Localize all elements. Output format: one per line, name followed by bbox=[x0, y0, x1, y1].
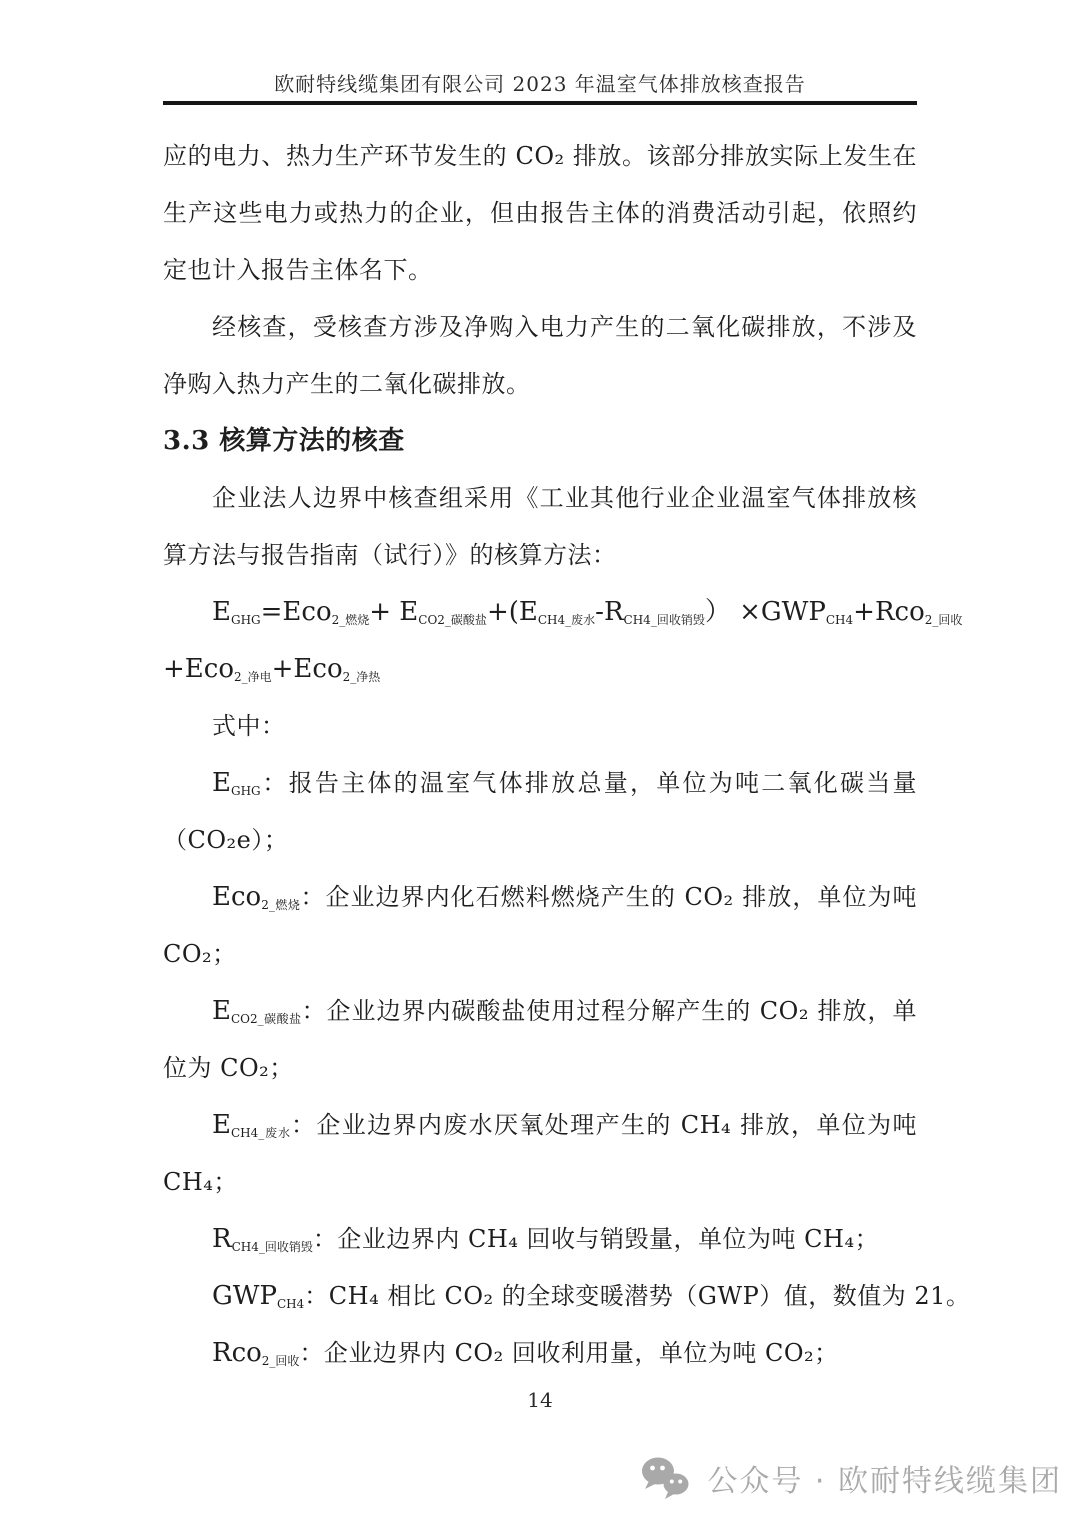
formula-run: =Eco bbox=[261, 597, 332, 627]
symbol-term: E bbox=[212, 1110, 231, 1140]
symbol-subscript: CH4 bbox=[277, 1297, 304, 1311]
symbol-term: GWP bbox=[212, 1281, 277, 1311]
formula-run: + E bbox=[369, 597, 418, 627]
definition-line: CH₄； bbox=[163, 1154, 917, 1211]
definition-text: ：CH₄ 相比 CO₂ 的全球变暖潜势（GWP）值，数值为 21。 bbox=[304, 1282, 970, 1310]
definition-line: CO₂； bbox=[163, 926, 917, 983]
symbol-term: Eco bbox=[212, 882, 261, 912]
formula-line-1: EGHG=Eco2_燃烧+ ECO2_碳酸盐+(ECH4_废水-RCH4_回收销… bbox=[163, 584, 917, 641]
body-line: 生产这些电力或热力的企业，但由报告主体的消费活动引起，依照约 bbox=[163, 185, 917, 242]
formula-run: +(E bbox=[487, 597, 538, 627]
formula-line-2: +Eco2_净电+Eco2_净热 bbox=[163, 641, 917, 698]
page-number: 14 bbox=[0, 1388, 1080, 1412]
definition-text: ：报告主体的温室气体排放总量，单位为吨二氧化碳当量 bbox=[261, 769, 917, 797]
definition-line: GWPCH4：CH₄ 相比 CO₂ 的全球变暖潜势（GWP）值，数值为 21。 bbox=[163, 1268, 917, 1325]
definition-text: ：企业边界内化石燃料燃烧产生的 CO₂ 排放，单位为吨 bbox=[300, 883, 917, 911]
page-header-title: 欧耐特线缆集团有限公司 2023 年温室气体排放核查报告 bbox=[0, 68, 1080, 97]
definition-text: ：企业边界内 CH₄ 回收与销毁量，单位为吨 CH₄； bbox=[313, 1225, 879, 1253]
body-line: 应的电力、热力生产环节发生的 CO₂ 排放。该部分排放实际上发生在 bbox=[163, 128, 917, 185]
formula-run: -R bbox=[595, 597, 623, 627]
formula-run: +Eco bbox=[163, 654, 234, 684]
symbol-term: Rco bbox=[212, 1338, 262, 1368]
body-line: 企业法人边界中核查组采用《工业其他行业企业温室气体排放核 bbox=[163, 470, 917, 527]
formula-subscript: CO2_碳酸盐 bbox=[418, 613, 487, 627]
definition-line: Rco2_回收：企业边界内 CO₂ 回收利用量，单位为吨 CO₂； bbox=[163, 1325, 917, 1382]
formula-run: +Rco bbox=[853, 597, 925, 627]
formula-run: E bbox=[212, 597, 231, 627]
formula-subscript: CH4_回收销毁 bbox=[624, 613, 705, 627]
formula-subscript: GHG bbox=[231, 613, 261, 627]
definition-text: ：企业边界内 CO₂ 回收利用量，单位为吨 CO₂； bbox=[299, 1339, 838, 1367]
body-line: 净购入热力产生的二氧化碳排放。 bbox=[163, 356, 917, 413]
body-line: 算方法与报告指南（试行）》的核算方法： bbox=[163, 527, 917, 584]
formula-subscript: 2_燃烧 bbox=[332, 613, 370, 627]
formula-run: ） ×GWP bbox=[705, 597, 826, 627]
definition-line: Eco2_燃烧：企业边界内化石燃料燃烧产生的 CO₂ 排放，单位为吨 bbox=[163, 869, 917, 926]
section-heading: 3.3 核算方法的核查 bbox=[163, 413, 917, 470]
formula-run: +Eco bbox=[272, 654, 343, 684]
body-line: 定也计入报告主体名下。 bbox=[163, 242, 917, 299]
formula-subscript: 2_净热 bbox=[343, 670, 381, 684]
where-label: 式中： bbox=[163, 698, 917, 755]
definition-line: 位为 CO₂； bbox=[163, 1040, 917, 1097]
symbol-term: E bbox=[212, 768, 231, 798]
definition-line: ECO2_碳酸盐：企业边界内碳酸盐使用过程分解产生的 CO₂ 排放，单 bbox=[163, 983, 917, 1040]
definition-line: EGHG：报告主体的温室气体排放总量，单位为吨二氧化碳当量 bbox=[163, 755, 917, 812]
body-line: 经核查，受核查方涉及净购入电力产生的二氧化碳排放，不涉及 bbox=[163, 299, 917, 356]
formula-subscript: 2_净电 bbox=[234, 670, 272, 684]
symbol-subscript: CH4_废水 bbox=[231, 1126, 291, 1140]
wechat-icon bbox=[637, 1455, 693, 1501]
definition-text: ：企业边界内废水厌氧处理产生的 CH₄ 排放，单位为吨 bbox=[291, 1111, 917, 1139]
formula-subscript: CH4_废水 bbox=[538, 613, 595, 627]
wechat-watermark: 公众号 · 欧耐特线缆集团 bbox=[637, 1455, 1062, 1501]
symbol-subscript: GHG bbox=[231, 784, 261, 798]
header-rule bbox=[163, 101, 917, 105]
symbol-subscript: CH4_回收销毁 bbox=[232, 1240, 313, 1254]
document-page: 欧耐特线缆集团有限公司 2023 年温室气体排放核查报告 应的电力、热力生产环节… bbox=[0, 0, 1080, 1527]
symbol-subscript: 2_燃烧 bbox=[261, 898, 300, 912]
symbol-subscript: CO2_碳酸盐 bbox=[231, 1012, 302, 1026]
symbol-subscript: 2_回收 bbox=[262, 1354, 300, 1368]
symbol-term: R bbox=[212, 1224, 232, 1254]
watermark-label: 公众号 · 欧耐特线缆集团 bbox=[707, 1456, 1062, 1500]
definition-line: ECH4_废水：企业边界内废水厌氧处理产生的 CH₄ 排放，单位为吨 bbox=[163, 1097, 917, 1154]
document-body: 应的电力、热力生产环节发生的 CO₂ 排放。该部分排放实际上发生在 生产这些电力… bbox=[163, 128, 917, 1382]
formula-subscript: 2_回收 bbox=[925, 613, 963, 627]
definition-line: （CO₂e）； bbox=[163, 812, 917, 869]
definition-text: ：企业边界内碳酸盐使用过程分解产生的 CO₂ 排放，单 bbox=[302, 997, 917, 1025]
definition-line: RCH4_回收销毁：企业边界内 CH₄ 回收与销毁量，单位为吨 CH₄； bbox=[163, 1211, 917, 1268]
formula-subscript: CH4 bbox=[826, 613, 853, 627]
symbol-term: E bbox=[212, 996, 231, 1026]
